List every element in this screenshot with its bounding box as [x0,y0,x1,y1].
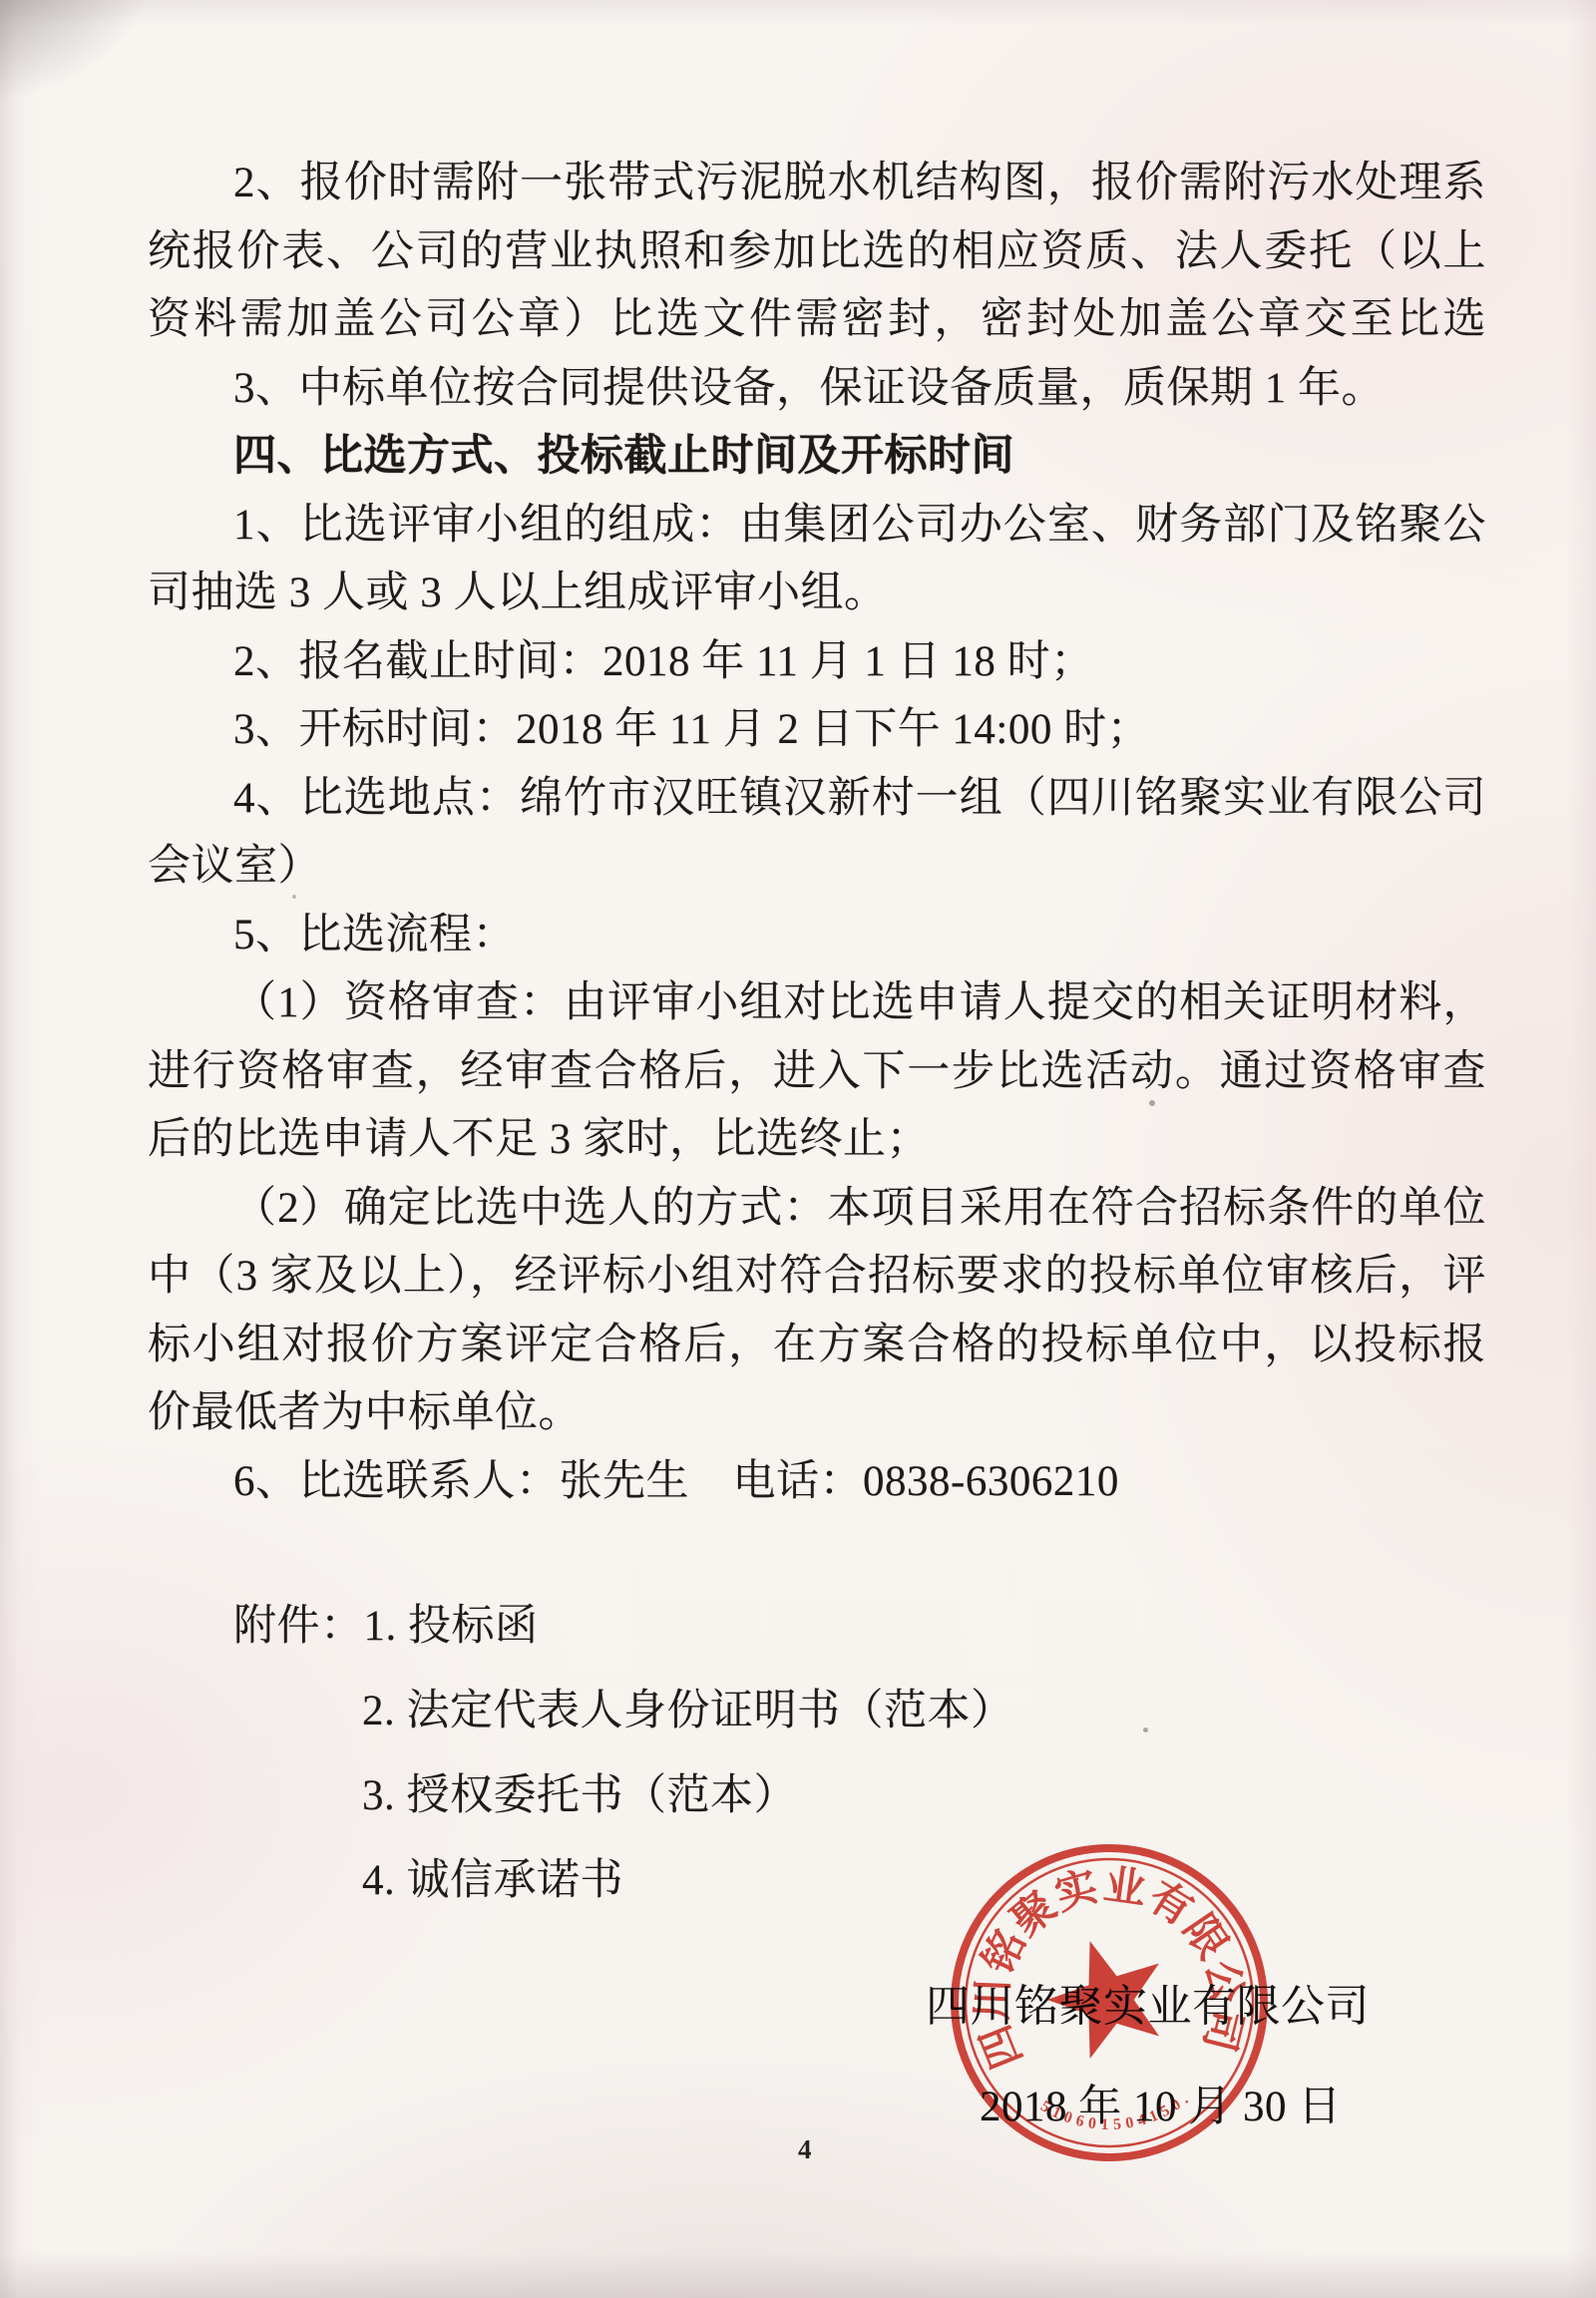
scan-speck [1149,1100,1155,1106]
document-line: 价最低者为中标单位。 [148,1379,1486,1448]
scan-speck [1143,1727,1148,1732]
document-line: 2、报名截止时间：2018 年 11 月 1 日 18 时； [148,628,1486,697]
document-line: 6、比选联系人：张先生 电话：0838-6306210 [148,1448,1486,1517]
signature-company-name: 四川铭聚实业有限公司 [926,1970,1370,2034]
section-heading: 四、比选方式、投标截止时间及开标时间 [148,423,1486,492]
document-line: 2、报价时需附一张带式污泥脱水机结构图，报价需附污水处理系 [148,150,1486,218]
document-line: 1、比选评审小组的组成：由集团公司办公室、财务部门及铭聚公 [148,492,1486,561]
document-line: 中（3 家及以上），经评标小组对符合招标要求的投标单位审核后，评 [148,1243,1486,1312]
document-line: 标小组对报价方案评定合格后，在方案合格的投标单位中，以投标报 [148,1312,1486,1380]
document-line: 统报价表、公司的营业执照和参加比选的相应资质、法人委托（以上 [148,218,1486,287]
document-line: 司抽选 3 人或 3 人以上组成评审小组。 [148,560,1486,628]
attachment-item: 3. 授权委托书（范本） [148,1753,1486,1838]
document-line: （2）确定比选中选人的方式：本项目采用在符合招标条件的单位 [148,1175,1486,1244]
page-number: 4 [798,2134,812,2165]
attachment-item: 2. 法定代表人身份证明书（范本） [148,1669,1486,1753]
document-line: 会议室） [148,833,1486,902]
document-line: 资料需加盖公司公章）比选文件需密封，密封处加盖公章交至比选处。 [148,286,1486,355]
spacer [148,1516,1486,1584]
document-line: 3、中标单位按合同提供设备，保证设备质量，质保期 1 年。 [148,355,1486,424]
attachments-label-item: 附件：1. 投标函 [148,1584,1486,1669]
document-line: 5、比选流程： [148,902,1486,970]
signature-date: 2018 年 10 月 30 日 [980,2073,1342,2133]
document-line: 进行资格审查，经审查合格后，进入下一步比选活动。通过资格审查 [148,1038,1486,1107]
document-line: （1）资格审查：由评审小组对比选申请人提交的相关证明材料， [148,969,1486,1038]
document-line: 3、开标时间：2018 年 11 月 2 日下午 14:00 时； [148,696,1486,765]
document-line: 后的比选申请人不足 3 家时，比选终止； [148,1106,1486,1175]
scanned-document-page: 2、报价时需附一张带式污泥脱水机结构图，报价需附污水处理系 统报价表、公司的营业… [0,0,1596,2298]
document-line: 4、比选地点：绵竹市汉旺镇汉新村一组（四川铭聚实业有限公司 [148,765,1486,834]
scan-speck [292,895,296,899]
attachment-item: 4. 诚信承诺书 [148,1838,1486,1923]
document-body: 2、报价时需附一张带式污泥脱水机结构图，报价需附污水处理系 统报价表、公司的营业… [148,150,1486,1923]
